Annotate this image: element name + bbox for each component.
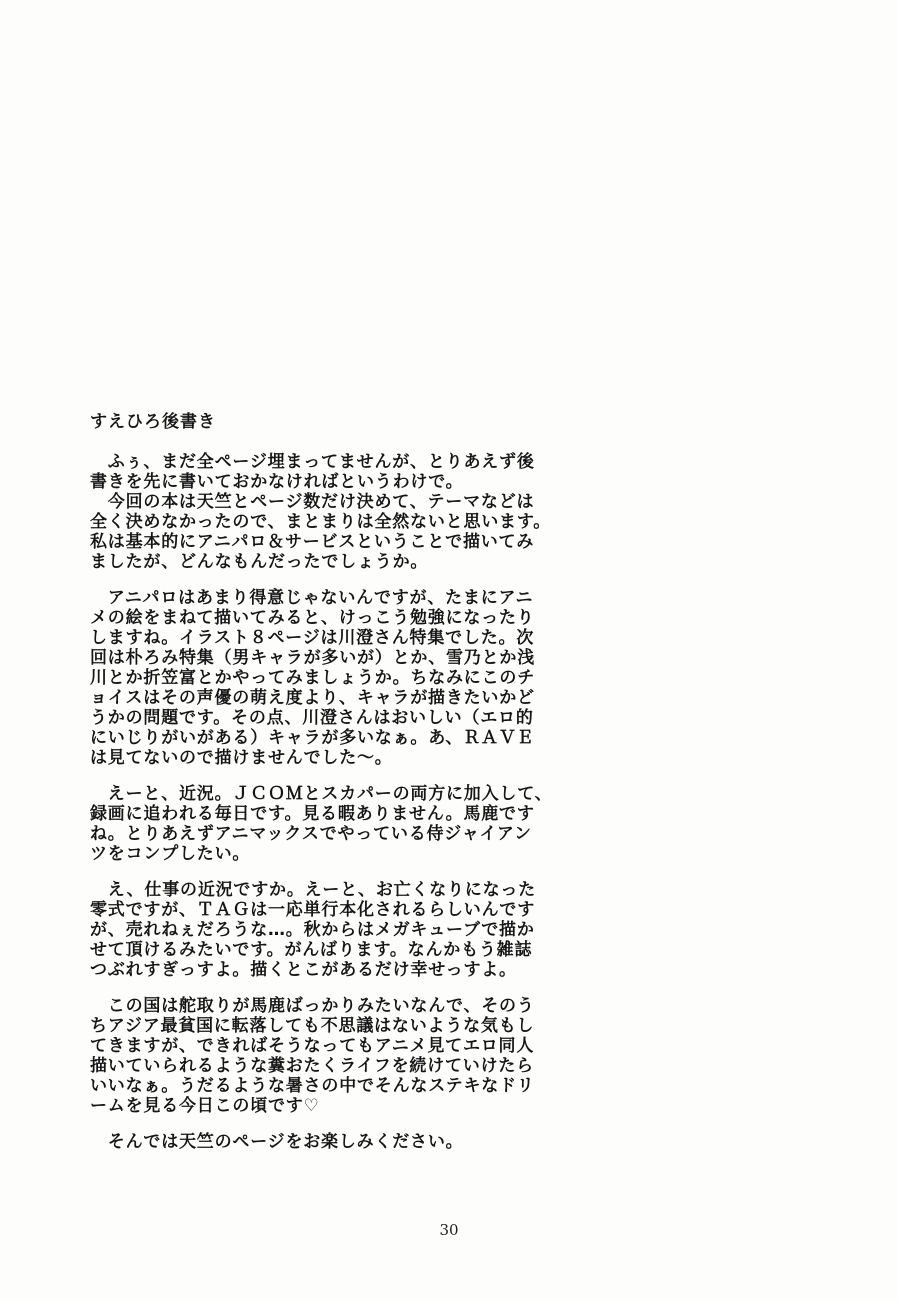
page-title: すえひろ後書き — [90, 412, 532, 432]
text-line: ふぅ、まだ全ページ埋まってませんが、とりあえず後 — [90, 452, 532, 472]
text-line: メの絵をまねて描いてみると、けっこう勉強になったり — [90, 608, 532, 628]
text-line: 川とか折笠富とかやってみましょうか。ちなみにこのチ — [90, 668, 532, 688]
text-line: 描いていられるような糞おたくライフを続けていけたら — [90, 1056, 532, 1076]
text-line: ちアジア最貧国に転落しても不思議はないような気もし — [90, 1016, 532, 1036]
text-line: 録画に追われる毎日です。見る暇ありません。馬鹿です — [90, 804, 532, 824]
scanned-page: すえひろ後書き ふぅ、まだ全ページ埋まってませんが、とりあえず後書きを先に書いて… — [0, 0, 898, 1300]
text-line: てきますが、できればそうなってもアニメ見てエロ同人 — [90, 1036, 532, 1056]
text-line: うかの問題です。その点、川澄さんはおいしい（エロ的 — [90, 708, 532, 728]
text-line: 回は朴ろみ特集（男キャラが多いが）とか、雪乃とか浅 — [90, 648, 532, 668]
text-line: アニパロはあまり得意じゃないんですが、たまにアニ — [90, 588, 532, 608]
text-line: つぶれすぎっすよ。描くとこがあるだけ幸せっすよ。 — [90, 960, 532, 980]
text-line: 今回の本は天竺とページ数だけ決めて、テーマなどは — [90, 492, 532, 512]
text-line: 私は基本的にアニパロ＆サービスということで描いてみ — [90, 532, 532, 552]
text-line: え、仕事の近況ですか。えーと、お亡くなりになった — [90, 880, 532, 900]
page-number: 30 — [0, 1221, 898, 1239]
text-line: ームを見る今日この頃です♡ — [90, 1096, 532, 1116]
text-line: しますね。イラスト８ページは川澄さん特集でした。次 — [90, 628, 532, 648]
text-line: せて頂けるみたいです。がんばります。なんかもう雑誌 — [90, 940, 532, 960]
text-line: にいじりがいがある）キャラが多いなぁ。あ、ＲＡＶＥ — [90, 728, 532, 748]
text-line: ね。とりあえずアニマックスでやっている侍ジャイアン — [90, 824, 532, 844]
text-line: えーと、近況。ＪＣＯＭとスカパーの両方に加入して、 — [90, 784, 532, 804]
paragraph: アニパロはあまり得意じゃないんですが、たまにアニメの絵をまねて描いてみると、けっ… — [90, 588, 532, 768]
text-line: この国は舵取りが馬鹿ばっかりみたいなんで、そのう — [90, 996, 532, 1016]
text-line: ましたが、どんなもんだったでしょうか。 — [90, 552, 532, 572]
paragraph: ふぅ、まだ全ページ埋まってませんが、とりあえず後書きを先に書いておかなければとい… — [90, 452, 532, 572]
text-line: いいなぁ。うだるような暑さの中でそんなステキなドリ — [90, 1076, 532, 1096]
paragraph: この国は舵取りが馬鹿ばっかりみたいなんで、そのうちアジア最貧国に転落しても不思議… — [90, 996, 532, 1116]
paragraph: そんでは天竺のページをお楽しみください。 — [90, 1132, 532, 1152]
text-line: ツをコンプしたい。 — [90, 844, 532, 864]
text-line: そんでは天竺のページをお楽しみください。 — [90, 1132, 532, 1152]
text-line: ョイスはその声優の萌え度より、キャラが描きたいかど — [90, 688, 532, 708]
paragraph: えーと、近況。ＪＣＯＭとスカパーの両方に加入して、録画に追われる毎日です。見る暇… — [90, 784, 532, 864]
text-line: 全く決めなかったので、まとまりは全然ないと思います。 — [90, 512, 532, 532]
text-line: 零式ですが、ＴＡＧは一応単行本化されるらしいんです — [90, 900, 532, 920]
paragraph: え、仕事の近況ですか。えーと、お亡くなりになった零式ですが、ＴＡＧは一応単行本化… — [90, 880, 532, 980]
afterword-text-block: すえひろ後書き ふぅ、まだ全ページ埋まってませんが、とりあえず後書きを先に書いて… — [90, 412, 532, 1152]
text-line: 書きを先に書いておかなければというわけで。 — [90, 472, 532, 492]
text-line: が、売れねぇだろうな…。秋からはメガキューブで描か — [90, 920, 532, 940]
text-line: は見てないので描けませんでした～。 — [90, 748, 532, 768]
afterword-paragraphs: ふぅ、まだ全ページ埋まってませんが、とりあえず後書きを先に書いておかなければとい… — [90, 452, 532, 1152]
